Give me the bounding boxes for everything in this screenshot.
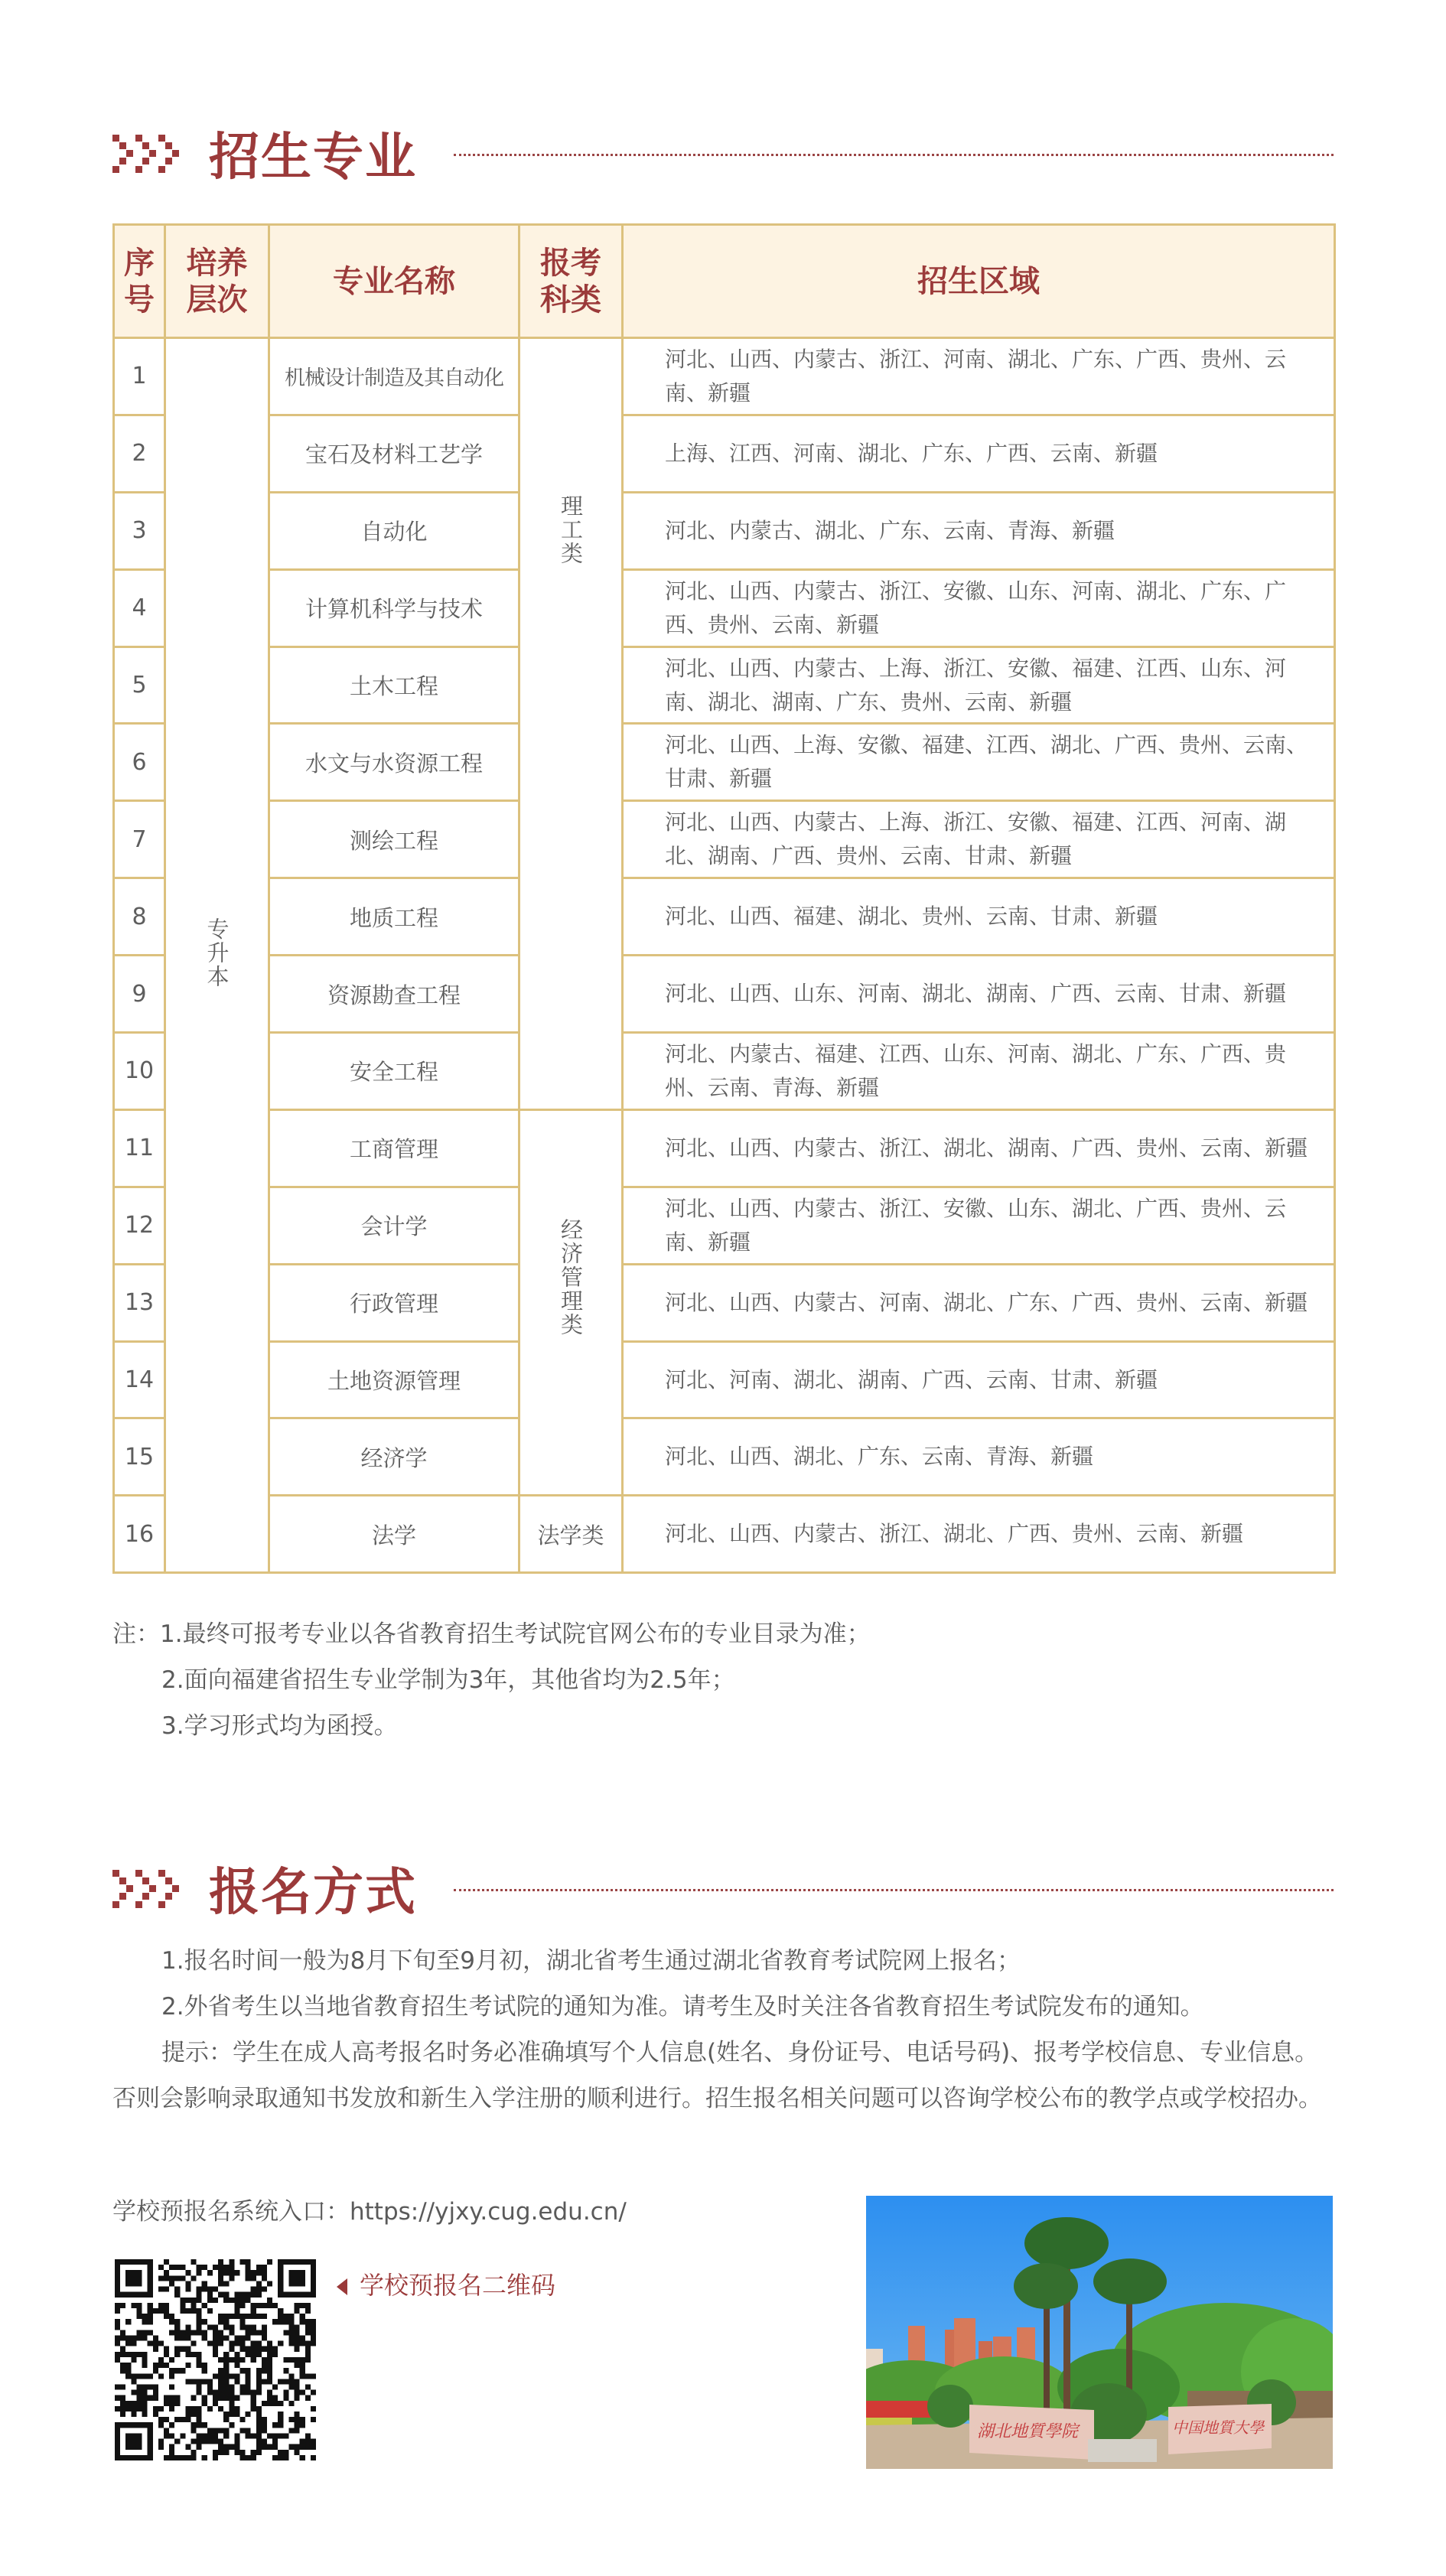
note-item: 3.学习形式均为函授。 [112, 1703, 871, 1749]
seq-cell: 16 [114, 1496, 165, 1573]
major-cell: 土地资源管理 [269, 1341, 519, 1418]
table-row: 4 计算机科学与技术 河北、山西、内蒙古、浙江、安徽、山东、河南、湖北、广东、广… [114, 569, 1335, 646]
table-row: 16 法学 法学类 河北、山西、内蒙古、浙江、湖北、广西、贵州、云南、新疆 [114, 1496, 1335, 1573]
table-row: 8 地质工程 河北、山西、福建、湖北、贵州、云南、甘肃、新疆 [114, 878, 1335, 956]
seq-cell: 2 [114, 415, 165, 492]
subject-cell: 经济管理类 [519, 1109, 623, 1495]
entry-url-link[interactable]: https://yjxy.cug.edu.cn/ [350, 2198, 627, 2226]
region-cell: 河北、河南、湖北、湖南、广西、云南、甘肃、新疆 [623, 1341, 1335, 1418]
registration-paragraph: 1.报名时间一般为8月下旬至9月初，湖北省考生通过湖北省教育考试院网上报名； [112, 1938, 1334, 1984]
subject-cell: 理工类 [519, 338, 623, 1110]
notes: 注：1.最终可报考专业以各省教育招生考试院官网公布的专业目录为准； 2.面向福建… [112, 1611, 871, 1749]
header-level: 培养层次 [165, 225, 269, 338]
section-title: 报名方式 [209, 1851, 417, 1924]
note-item: 注：1.最终可报考专业以各省教育招生考试院官网公布的专业目录为准； [112, 1611, 871, 1657]
table-row: 12 会计学 河北、山西、内蒙古、浙江、安徽、山东、湖北、广西、贵州、云南、新疆 [114, 1187, 1335, 1264]
sign-right-text: 中国地質大學 [1172, 2418, 1265, 2437]
seq-cell: 6 [114, 724, 165, 801]
seq-cell: 8 [114, 878, 165, 956]
header-seq: 序号 [114, 225, 165, 338]
registration-info: 1.报名时间一般为8月下旬至9月初，湖北省考生通过湖北省教育考试院网上报名； 2… [112, 1938, 1334, 2122]
table-row: 15 经济学 河北、山西、湖北、广东、云南、青海、新疆 [114, 1418, 1335, 1496]
qr-code-icon[interactable] [113, 2259, 318, 2460]
header-region: 招生区域 [623, 225, 1335, 338]
major-cell: 测绘工程 [269, 801, 519, 878]
table-row: 9 资源勘查工程 河北、山西、山东、河南、湖北、湖南、广西、云南、甘肃、新疆 [114, 956, 1335, 1033]
table-row: 3 自动化 河北、内蒙古、湖北、广东、云南、青海、新疆 [114, 492, 1335, 569]
region-cell: 河北、内蒙古、湖北、广东、云南、青海、新疆 [623, 492, 1335, 569]
registration-entry: 学校预报名系统入口：https://yjxy.cug.edu.cn/ [112, 2190, 627, 2233]
region-cell: 河北、山西、内蒙古、浙江、湖北、湖南、广西、贵州、云南、新疆 [623, 1109, 1335, 1187]
major-cell: 水文与水资源工程 [269, 724, 519, 801]
seq-cell: 5 [114, 646, 165, 724]
table-row: 10 安全工程 河北、内蒙古、福建、江西、山东、河南、湖北、广东、广西、贵州、云… [114, 1033, 1335, 1110]
major-cell: 会计学 [269, 1187, 519, 1264]
level-cell: 专升本 [165, 338, 269, 1573]
registration-tip: 提示：学生在成人高考报名时务必准确填写个人信息(姓名、身份证号、电话号码)、报考… [112, 2030, 1334, 2122]
table-row: 1 专升本 机械设计制造及其自动化 理工类 河北、山西、内蒙古、浙江、河南、湖北… [114, 338, 1335, 415]
seq-cell: 7 [114, 801, 165, 878]
table-row: 2 宝石及材料工艺学 上海、江西、河南、湖北、广东、广西、云南、新疆 [114, 415, 1335, 492]
major-cell: 法学 [269, 1496, 519, 1573]
section-heading-registration: 报名方式 [112, 1858, 1334, 1920]
major-cell: 资源勘查工程 [269, 956, 519, 1033]
section-title: 招生专业 [209, 116, 417, 189]
region-cell: 河北、山西、上海、安徽、福建、江西、湖北、广西、贵州、云南、甘肃、新疆 [623, 724, 1335, 801]
major-cell: 安全工程 [269, 1033, 519, 1110]
region-cell: 河北、山西、内蒙古、河南、湖北、广东、广西、贵州、云南、新疆 [623, 1264, 1335, 1341]
campus-gate-photo: 湖北地質學院 中国地質大學 [866, 2196, 1333, 2469]
header-subject: 报考科类 [519, 225, 623, 338]
table-row: 7 测绘工程 河北、山西、内蒙古、上海、浙江、安徽、福建、江西、河南、湖北、湖南… [114, 801, 1335, 878]
sign-left-text: 湖北地質學院 [977, 2422, 1081, 2441]
region-cell: 河北、山西、内蒙古、浙江、安徽、山东、河南、湖北、广东、广西、贵州、云南、新疆 [623, 569, 1335, 646]
entry-label: 学校预报名系统入口： [112, 2198, 350, 2226]
heading-divider [454, 1889, 1334, 1891]
seq-cell: 13 [114, 1264, 165, 1341]
table-row: 13 行政管理 河北、山西、内蒙古、河南、湖北、广东、广西、贵州、云南、新疆 [114, 1264, 1335, 1341]
triple-chevron-icon [112, 135, 184, 173]
seq-cell: 1 [114, 338, 165, 415]
region-cell: 河北、山西、内蒙古、上海、浙江、安徽、福建、江西、河南、湖北、湖南、广西、贵州、… [623, 801, 1335, 878]
major-cell: 土木工程 [269, 646, 519, 724]
majors-table: 序号 培养层次 专业名称 报考科类 招生区域 1 专升本 机械设计制造及其自动化… [112, 223, 1336, 1574]
registration-paragraph: 2.外省考生以当地省教育招生考试院的通知为准。请考生及时关注各省教育招生考试院发… [112, 1984, 1334, 2030]
heading-divider [454, 154, 1334, 156]
region-cell: 河北、山西、湖北、广东、云南、青海、新疆 [623, 1418, 1335, 1496]
seq-cell: 3 [114, 492, 165, 569]
major-cell: 机械设计制造及其自动化 [269, 338, 519, 415]
region-cell: 上海、江西、河南、湖北、广东、广西、云南、新疆 [623, 415, 1335, 492]
table-header-row: 序号 培养层次 专业名称 报考科类 招生区域 [114, 225, 1335, 338]
table-row: 11 工商管理 经济管理类 河北、山西、内蒙古、浙江、湖北、湖南、广西、贵州、云… [114, 1109, 1335, 1187]
region-cell: 河北、山西、福建、湖北、贵州、云南、甘肃、新疆 [623, 878, 1335, 956]
major-cell: 宝石及材料工艺学 [269, 415, 519, 492]
seq-cell: 4 [114, 569, 165, 646]
seq-cell: 11 [114, 1109, 165, 1187]
caret-left-icon [337, 2278, 347, 2295]
region-cell: 河北、山西、内蒙古、浙江、河南、湖北、广东、广西、贵州、云南、新疆 [623, 338, 1335, 415]
region-cell: 河北、内蒙古、福建、江西、山东、河南、湖北、广东、广西、贵州、云南、青海、新疆 [623, 1033, 1335, 1110]
campus-photo-illustration: 湖北地質學院 中国地質大學 [866, 2196, 1333, 2469]
qr-caption: 学校预报名二维码 [337, 2266, 555, 2304]
subject-cell: 法学类 [519, 1496, 623, 1573]
seq-cell: 14 [114, 1341, 165, 1418]
header-major: 专业名称 [269, 225, 519, 338]
seq-cell: 12 [114, 1187, 165, 1264]
region-cell: 河北、山西、内蒙古、浙江、湖北、广西、贵州、云南、新疆 [623, 1496, 1335, 1573]
note-item: 2.面向福建省招生专业学制为3年，其他省均为2.5年； [112, 1657, 871, 1703]
triple-chevron-icon [112, 1870, 184, 1908]
note-prefix: 注： [112, 1620, 160, 1648]
region-cell: 河北、山西、内蒙古、浙江、安徽、山东、湖北、广西、贵州、云南、新疆 [623, 1187, 1335, 1264]
major-cell: 计算机科学与技术 [269, 569, 519, 646]
region-cell: 河北、山西、山东、河南、湖北、湖南、广西、云南、甘肃、新疆 [623, 956, 1335, 1033]
major-cell: 地质工程 [269, 878, 519, 956]
seq-cell: 9 [114, 956, 165, 1033]
table-row: 6 水文与水资源工程 河北、山西、上海、安徽、福建、江西、湖北、广西、贵州、云南… [114, 724, 1335, 801]
section-heading-majors: 招生专业 [112, 123, 1334, 184]
seq-cell: 15 [114, 1418, 165, 1496]
table-row: 14 土地资源管理 河北、河南、湖北、湖南、广西、云南、甘肃、新疆 [114, 1341, 1335, 1418]
major-cell: 经济学 [269, 1418, 519, 1496]
region-cell: 河北、山西、内蒙古、上海、浙江、安徽、福建、江西、山东、河南、湖北、湖南、广东、… [623, 646, 1335, 724]
major-cell: 行政管理 [269, 1264, 519, 1341]
major-cell: 自动化 [269, 492, 519, 569]
seq-cell: 10 [114, 1033, 165, 1110]
table-row: 5 土木工程 河北、山西、内蒙古、上海、浙江、安徽、福建、江西、山东、河南、湖北… [114, 646, 1335, 724]
major-cell: 工商管理 [269, 1109, 519, 1187]
